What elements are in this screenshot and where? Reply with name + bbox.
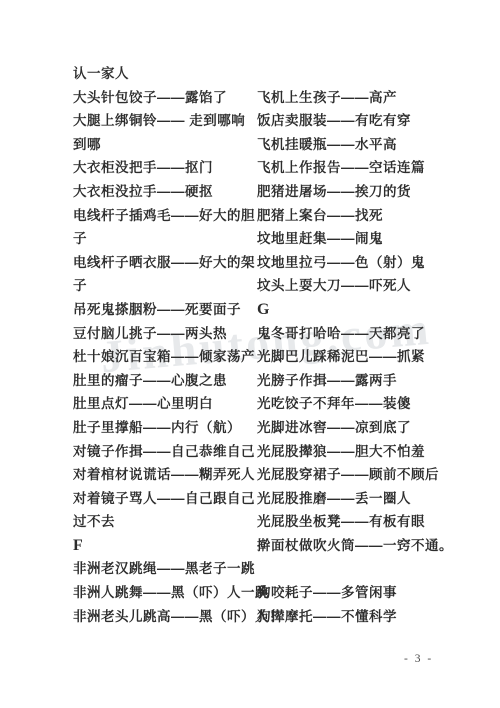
saying-line: 光脚巴儿踩稀泥巴——抓紧 [257,345,453,369]
saying-line: 飞机挂暖瓶——水平高 [257,133,453,157]
blank-line [257,557,453,581]
saying-line: 非洲老头儿跳高——黑（吓）人！ [73,605,283,629]
saying-line: 坟地里赶集——闹鬼 [257,227,453,251]
saying-line: 擀面杖做吹火筒——一窍不通。 [257,534,453,558]
saying-line: 对着镜子骂人——自己跟自己 [73,487,283,511]
blank-line [257,62,453,86]
saying-line-wrap: 到哪 [73,133,283,157]
saying-line: 大衣柜没把手——抠门 [73,156,283,180]
section-letter-f: F [73,534,283,558]
saying-line: 非洲老汉跳绳——黑老子一跳 [73,557,283,581]
document-page: Jinhutong.com 认一家人 大头针包饺子——露馅了 大腿上绑铜铃—— … [0,0,500,708]
saying-line: 肚子里撑船——内行（航） [73,416,283,440]
saying-line: 光屁股撵狼——胆大不怕羞 [257,440,453,464]
saying-line: 电线杆子晒衣服——好大的架 [73,251,283,275]
saying-line: 豆付脑儿挑子——两头热 [73,322,283,346]
saying-line: 认一家人 [73,62,283,86]
saying-line: 对镜子作揖——自己恭维自己 [73,440,283,464]
saying-line: 肚里的瘤子——心腹之患 [73,369,283,393]
saying-line: 狗撵摩托——不懂科学 [257,605,453,629]
saying-line: 鬼冬哥打哈哈——天都亮了 [257,322,453,346]
saying-line: 大衣柜没拉手——硬抠 [73,180,283,204]
saying-line: 光屁股推磨——丢一圈人 [257,487,453,511]
right-column: 飞机上生孩子——高产 饭店卖服装——有吃有穿 飞机挂暖瓶——水平高 飞机上作报告… [257,62,453,628]
saying-line: 非洲人跳舞——黑（吓）人一跳 [73,581,283,605]
saying-line-wrap: 过不去 [73,510,283,534]
saying-line: 对着棺材说谎话——糊弄死人 [73,463,283,487]
page-number: - 3 - [404,653,433,665]
saying-line: 光屁股穿裙子——顾前不顾后 [257,463,453,487]
saying-line: 光膀子作揖——露两手 [257,369,453,393]
saying-line: 饭店卖服装——有吃有穿 [257,109,453,133]
saying-line: 坟头上耍大刀——吓死人 [257,274,453,298]
saying-line: 大腿上绑铜铃—— 走到哪响 [73,109,283,133]
saying-line-wrap: 子 [73,274,283,298]
saying-line: 坟地里拉弓——色（射）鬼 [257,251,453,275]
saying-line: 杜十娘沉百宝箱——倾家荡产 [73,345,283,369]
saying-line-wrap: 子 [73,227,283,251]
saying-line: 飞机上作报告——空话连篇 [257,156,453,180]
saying-line: 光屁股坐板凳——有板有眼 [257,510,453,534]
saying-line: 吊死鬼搽胭粉——死要面子 [73,298,283,322]
saying-line: 肥猪进屠场——挨刀的货 [257,180,453,204]
saying-line: 光吃饺子不拜年——装傻 [257,392,453,416]
saying-line: 狗咬耗子——多管闲事 [257,581,453,605]
saying-line: 肚里点灯——心里明白 [73,392,283,416]
saying-line: 大头针包饺子——露馅了 [73,86,283,110]
section-letter-g: G [257,298,453,322]
saying-line: 光脚进冰窖——凉到底了 [257,416,453,440]
left-column: 认一家人 大头针包饺子——露馅了 大腿上绑铜铃—— 走到哪响 到哪 大衣柜没把手… [73,62,283,628]
saying-line: 飞机上生孩子——高产 [257,86,453,110]
saying-line: 电线杆子插鸡毛——好大的胆 [73,204,283,228]
saying-line: 肥猪上案台——找死 [257,204,453,228]
